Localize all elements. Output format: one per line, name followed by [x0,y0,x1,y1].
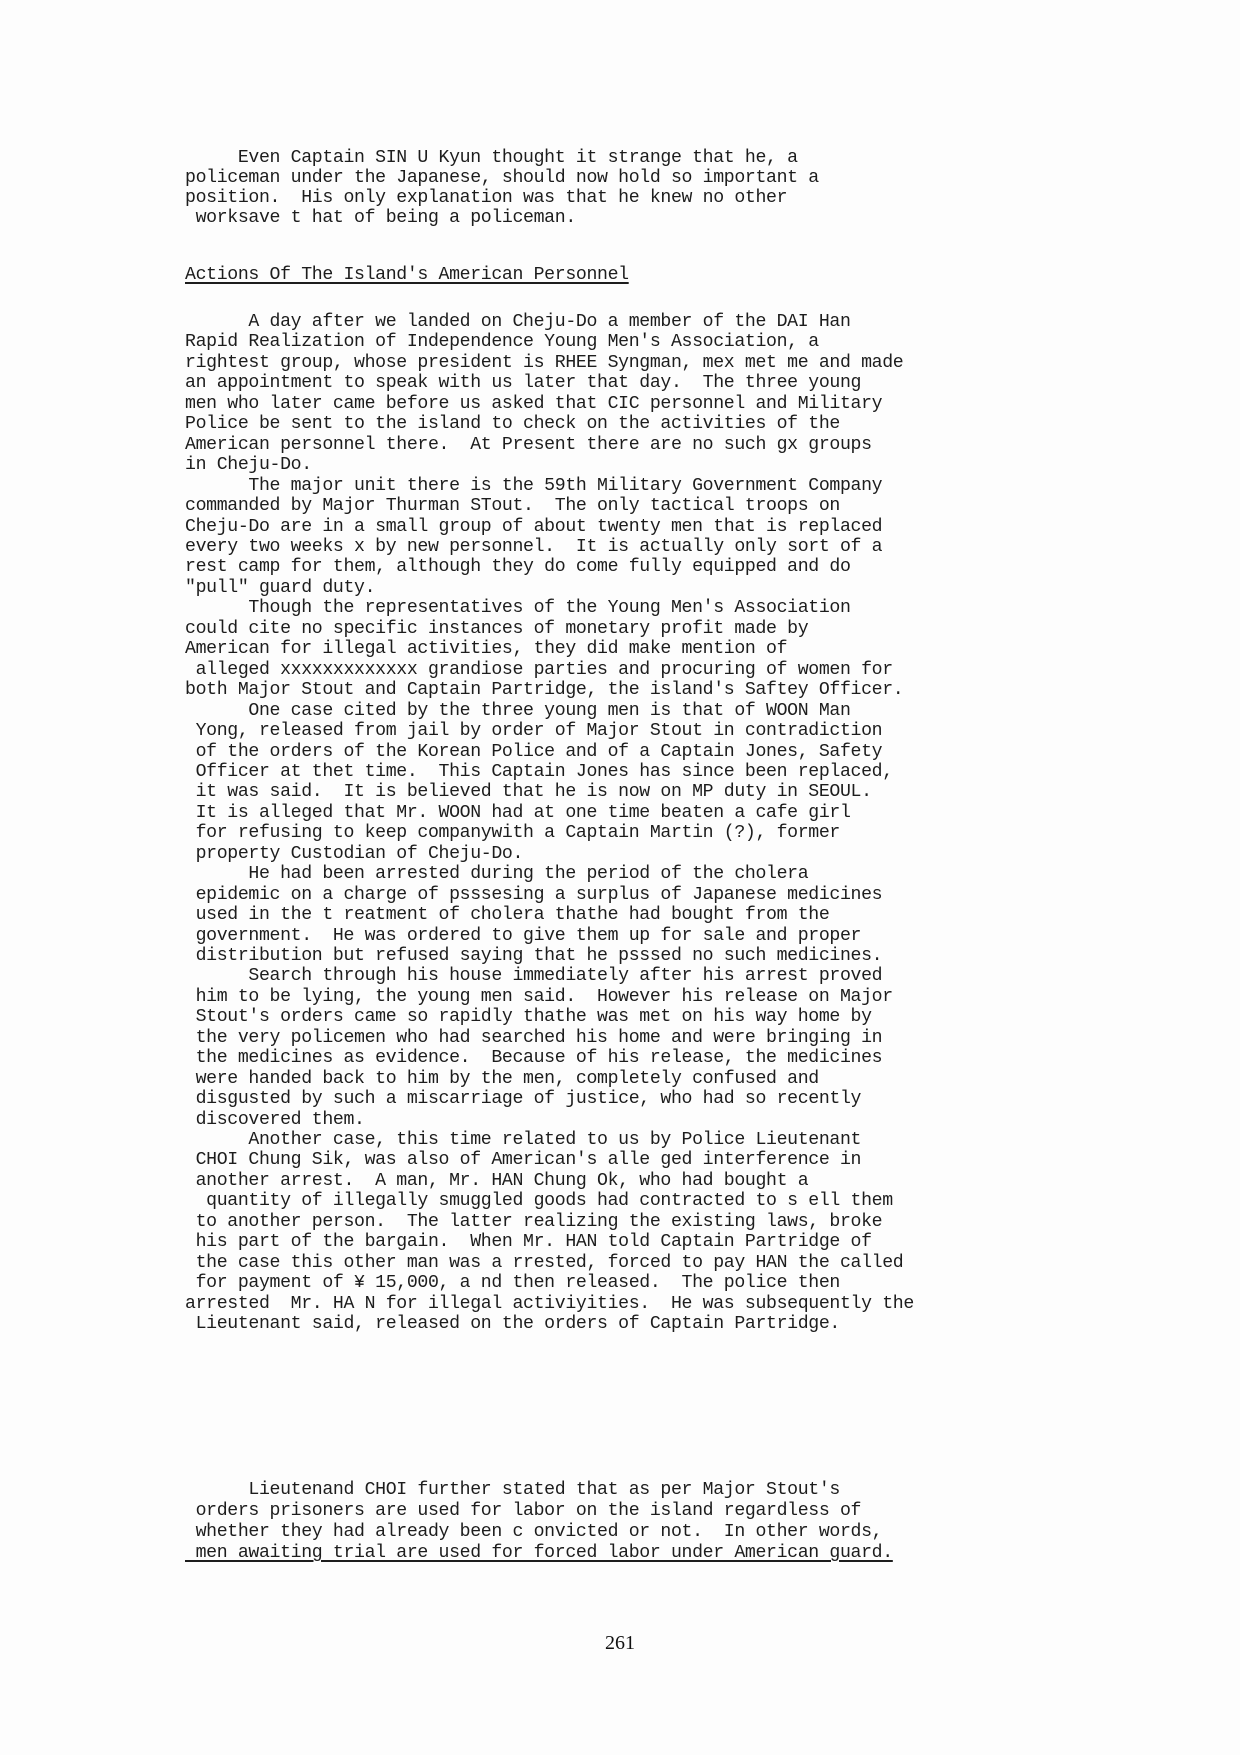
body-line: could cite no specific instances of mone… [185,619,808,639]
body-line: were handed back to him by the men, comp… [185,1069,819,1089]
body-line: Officer at thet time. This Captain Jones… [185,762,893,782]
intro-line: position. His only explanation was that … [185,188,787,208]
body-line: property Custodian of Cheju-Do. [185,844,523,864]
body-line: Yong, released from jail by order of Maj… [185,721,882,741]
body-line: commanded by Major Thurman STout. The on… [185,496,840,516]
body-line: disgusted by such a miscarriage of justi… [185,1089,861,1109]
intro-line: policeman under the Japanese, should now… [185,168,819,188]
body-line: epidemic on a charge of psssesing a surp… [185,885,882,905]
body-line: government. He was ordered to give them … [185,926,861,946]
body-line: American personnel there. At Present the… [185,435,872,455]
body-line: rightest group, whose president is RHEE … [185,353,903,373]
body-line: both Major Stout and Captain Partridge, … [185,680,903,700]
body-line: an appointment to speak with us later th… [185,373,861,393]
body-line: arrested Mr. HA N for illegal activiyiti… [185,1294,914,1314]
page-number: 261 [0,1632,1240,1655]
document-page: Even Captain SIN U Kyun thought it stran… [0,0,1240,1755]
body-line: in Cheju-Do. [185,455,312,475]
body-line: his part of the bargain. When Mr. HAN to… [185,1232,872,1252]
body-line: A day after we landed on Cheju-Do a memb… [185,312,851,332]
section-heading: Actions Of The Island's American Personn… [185,265,629,285]
body-line: it was said. It is believed that he is n… [185,782,872,802]
body-line: discovered them. [185,1110,365,1130]
body-line: quantity of illegally smuggled goods had… [185,1191,893,1211]
body-line: It is alleged that Mr. WOON had at one t… [185,803,851,823]
body-line: for refusing to keep companywith a Capta… [185,823,840,843]
body-line: Cheju-Do are in a small group of about t… [185,517,882,537]
body-line: "pull" guard duty. [185,578,375,598]
body-line: alleged xxxxxxxxxxxxx grandiose parties … [185,660,893,680]
underlined-conclusion: men awaiting trial are used for forced l… [185,1543,893,1563]
body-line: rest camp for them, although they do com… [185,557,851,577]
body-line: men who later came before us asked that … [185,394,882,414]
body-line: Though the representatives of the Young … [185,598,851,618]
body-line: the medicines as evidence. Because of hi… [185,1048,882,1068]
closing-line: whether they had already been c onvicted… [185,1522,882,1542]
closing-line: Lieutenand CHOI further stated that as p… [185,1480,840,1500]
body-line: Another case, this time related to us by… [185,1130,861,1150]
body-line: Search through his house immediately aft… [185,966,882,986]
closing-line: orders prisoners are used for labor on t… [185,1501,861,1521]
intro-line: worksave t hat of being a policeman. [185,208,576,228]
body-line: CHOI Chung Sik, was also of American's a… [185,1150,861,1170]
body-line: him to be lying, the young men said. How… [185,987,893,1007]
body-line: The major unit there is the 59th Militar… [185,476,882,496]
body-line: Stout's orders came so rapidly thathe wa… [185,1007,872,1027]
body-line: distribution but refused saying that he … [185,946,882,966]
body-line: to another person. The latter realizing … [185,1212,882,1232]
body-line: He had been arrested during the period o… [185,864,808,884]
body-line: Police be sent to the island to check on… [185,414,840,434]
body-line: another arrest. A man, Mr. HAN Chung Ok,… [185,1171,808,1191]
body-line: the very policemen who had searched his … [185,1028,882,1048]
body-line: every two weeks x by new personnel. It i… [185,537,882,557]
body-line: for payment of ¥ 15,000, a nd then relea… [185,1273,840,1293]
body-line: used in the t reatment of cholera thathe… [185,905,829,925]
body-line: One case cited by the three young men is… [185,701,851,721]
body-line: Lieutenant said, released on the orders … [185,1314,840,1334]
body-line: Rapid Realization of Independence Young … [185,332,819,352]
body-line: of the orders of the Korean Police and o… [185,742,882,762]
intro-line: Even Captain SIN U Kyun thought it stran… [185,148,798,168]
body-line: American for illegal activities, they di… [185,639,787,659]
body-line: the case this other man was a rrested, f… [185,1253,903,1273]
